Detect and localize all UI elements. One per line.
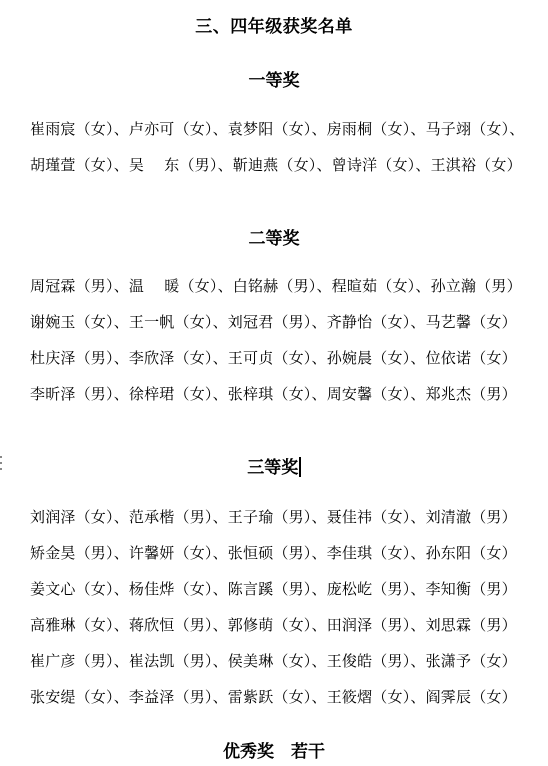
section-heading-third-prize: 三等奖	[247, 458, 298, 478]
section-heading-second-prize: 二等奖	[0, 224, 548, 249]
name-line: 姜文心（女）、杨佳烨（女）、陈言蹊（男）、庞松屹（男）、李知衡（男）	[30, 578, 530, 599]
section-heading-first-prize: 一等奖	[0, 66, 548, 91]
text-cursor	[299, 457, 301, 477]
name-line: 高雅琳（女）、蒋欣恒（男）、郭修萌（女）、田润泽（男）、刘思霖（男）	[30, 614, 530, 635]
section-heading-third-prize-wrap: 三等奖	[0, 453, 548, 478]
name-line: 张安缇（女）、李益泽（男）、雷紫跃（女）、王筱熠（女）、阎霁辰（女）	[30, 686, 530, 707]
name-line: 崔雨宸（女）、卢亦可（女）、袁梦阳（女）、房雨桐（女）、马子翊（女）、	[30, 118, 530, 139]
section-heading-honorable-mention: 优秀奖 若干	[0, 737, 548, 762]
name-line: 李昕泽（男）、徐梓珺（女）、张梓琪（女）、周安馨（女）、郑兆杰（男）	[30, 383, 530, 404]
name-line: 崔广彦（男）、崔法凯（男）、侯美琳（女）、王俊皓（男）、张潇予（女）	[30, 650, 530, 671]
document-title: 三、四年级获奖名单	[0, 12, 548, 37]
name-line: 刘润泽（女）、范承楷（男）、王子瑜（男）、聂佳祎（女）、刘清澈（男）	[30, 506, 530, 527]
name-line: 胡瑾萱（女）、吴 东（男）、靳迪燕（女）、曾诗洋（女）、王淇裕（女）	[30, 154, 530, 175]
name-line: 杜庆泽（男）、李欣泽（女）、王可贞（女）、孙婉晨（女）、位依诺（女）	[30, 347, 530, 368]
name-line: 谢婉玉（女）、王一帆（女）、刘冠君（男）、齐静怡（女）、马艺馨（女）	[30, 311, 530, 332]
name-line: 周冠霖（男）、温 暖（女）、白铭赫（男）、程暄茹（女）、孙立瀚（男）	[30, 275, 530, 296]
name-line: 矫金昊（男）、许馨妍（女）、张恒硕（男）、李佳琪（女）、孙东阳（女）	[30, 542, 530, 563]
